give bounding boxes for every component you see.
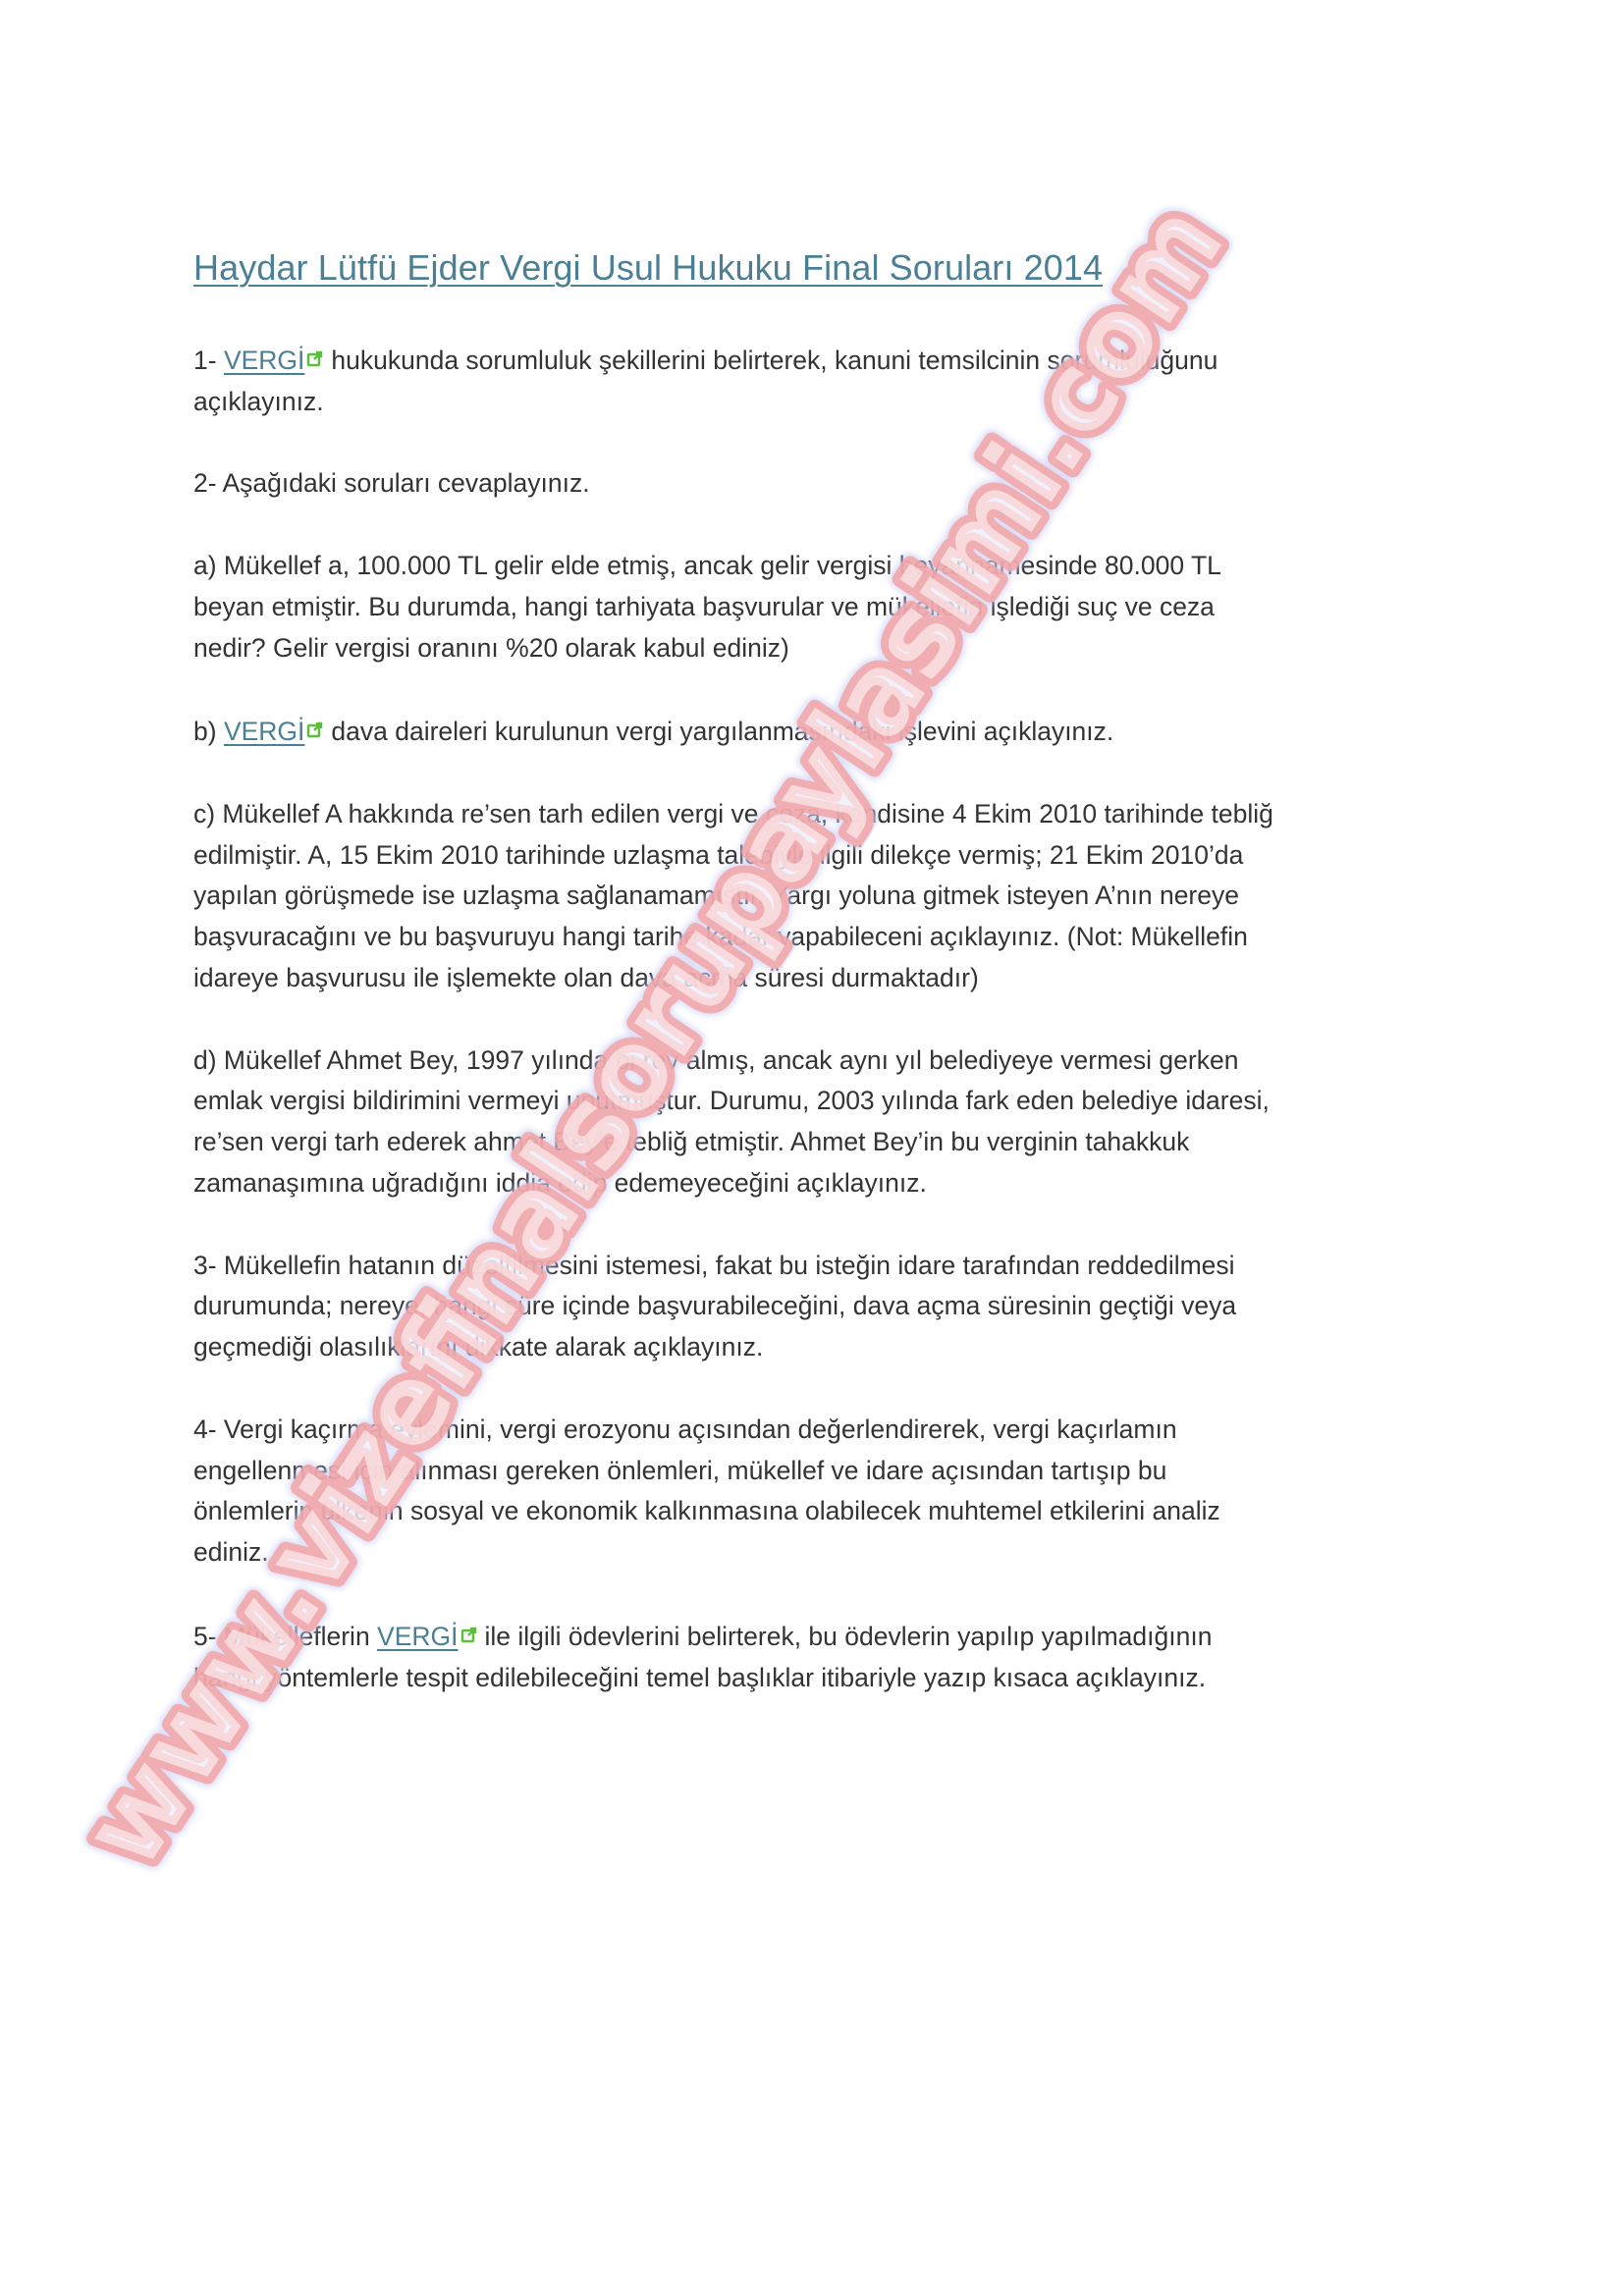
- question-paragraph: 4- Vergi kaçırma eylemini, vergi erozyon…: [193, 1410, 1450, 1574]
- question-paragraph: b) VERGİdava daireleri kurulunun vergi y…: [193, 710, 1450, 753]
- paragraph-text: d) Mükellef Ahmet Bey, 1997 yılında bi r…: [193, 1045, 1270, 1198]
- paragraph-text: a) Mükellef a, 100.000 TL gelir elde etm…: [193, 551, 1221, 663]
- document-page: Haydar Lütfü Ejder Vergi Usul Hukuku Fin…: [0, 0, 1623, 2296]
- vergi-link[interactable]: VERGİ: [224, 346, 304, 375]
- paragraph-text: dava daireleri kurulunun vergi yargılanm…: [331, 717, 1113, 746]
- paragraph-text: hukukunda sorumluluk şekillerini belirte…: [193, 346, 1217, 416]
- document-title-link[interactable]: Haydar Lütfü Ejder Vergi Usul Hukuku Fin…: [193, 247, 1103, 289]
- external-link-icon[interactable]: [460, 1615, 477, 1631]
- question-paragraph: d) Mükellef Ahmet Bey, 1997 yılında bi r…: [193, 1041, 1450, 1204]
- question-paragraph: 5- Mükelleflerin VERGİile ilgili ödevler…: [193, 1615, 1450, 1699]
- question-paragraph: 1- VERGİhukukunda sorumluluk şekillerini…: [193, 339, 1450, 423]
- paragraph-text: 4- Vergi kaçırma eylemini, vergi erozyon…: [193, 1415, 1220, 1567]
- paragraph-text: 2- Aşağıdaki soruları cevaplayınız.: [193, 468, 590, 498]
- question-paragraph: 2- Aşağıdaki soruları cevaplayınız.: [193, 463, 1450, 505]
- question-paragraph: c) Mükellef A hakkında re’sen tarh edile…: [193, 794, 1450, 999]
- paragraph-text: 3- Mükellefin hatanın düzeltilmesini ist…: [193, 1251, 1236, 1362]
- document-body: 1- VERGİhukukunda sorumluluk şekillerini…: [193, 339, 1450, 1739]
- external-link-icon[interactable]: [306, 710, 323, 726]
- external-link-icon[interactable]: [306, 339, 323, 355]
- paragraph-text: 5- Mükelleflerin: [193, 1622, 377, 1651]
- question-paragraph: a) Mükellef a, 100.000 TL gelir elde etm…: [193, 546, 1450, 668]
- question-paragraph: 3- Mükellefin hatanın düzeltilmesini ist…: [193, 1246, 1450, 1368]
- paragraph-text: c) Mükellef A hakkında re’sen tarh edile…: [193, 799, 1273, 992]
- vergi-link[interactable]: VERGİ: [377, 1622, 458, 1651]
- paragraph-text: b): [193, 717, 224, 746]
- vergi-link[interactable]: VERGİ: [224, 717, 304, 746]
- paragraph-text: 1-: [193, 346, 224, 375]
